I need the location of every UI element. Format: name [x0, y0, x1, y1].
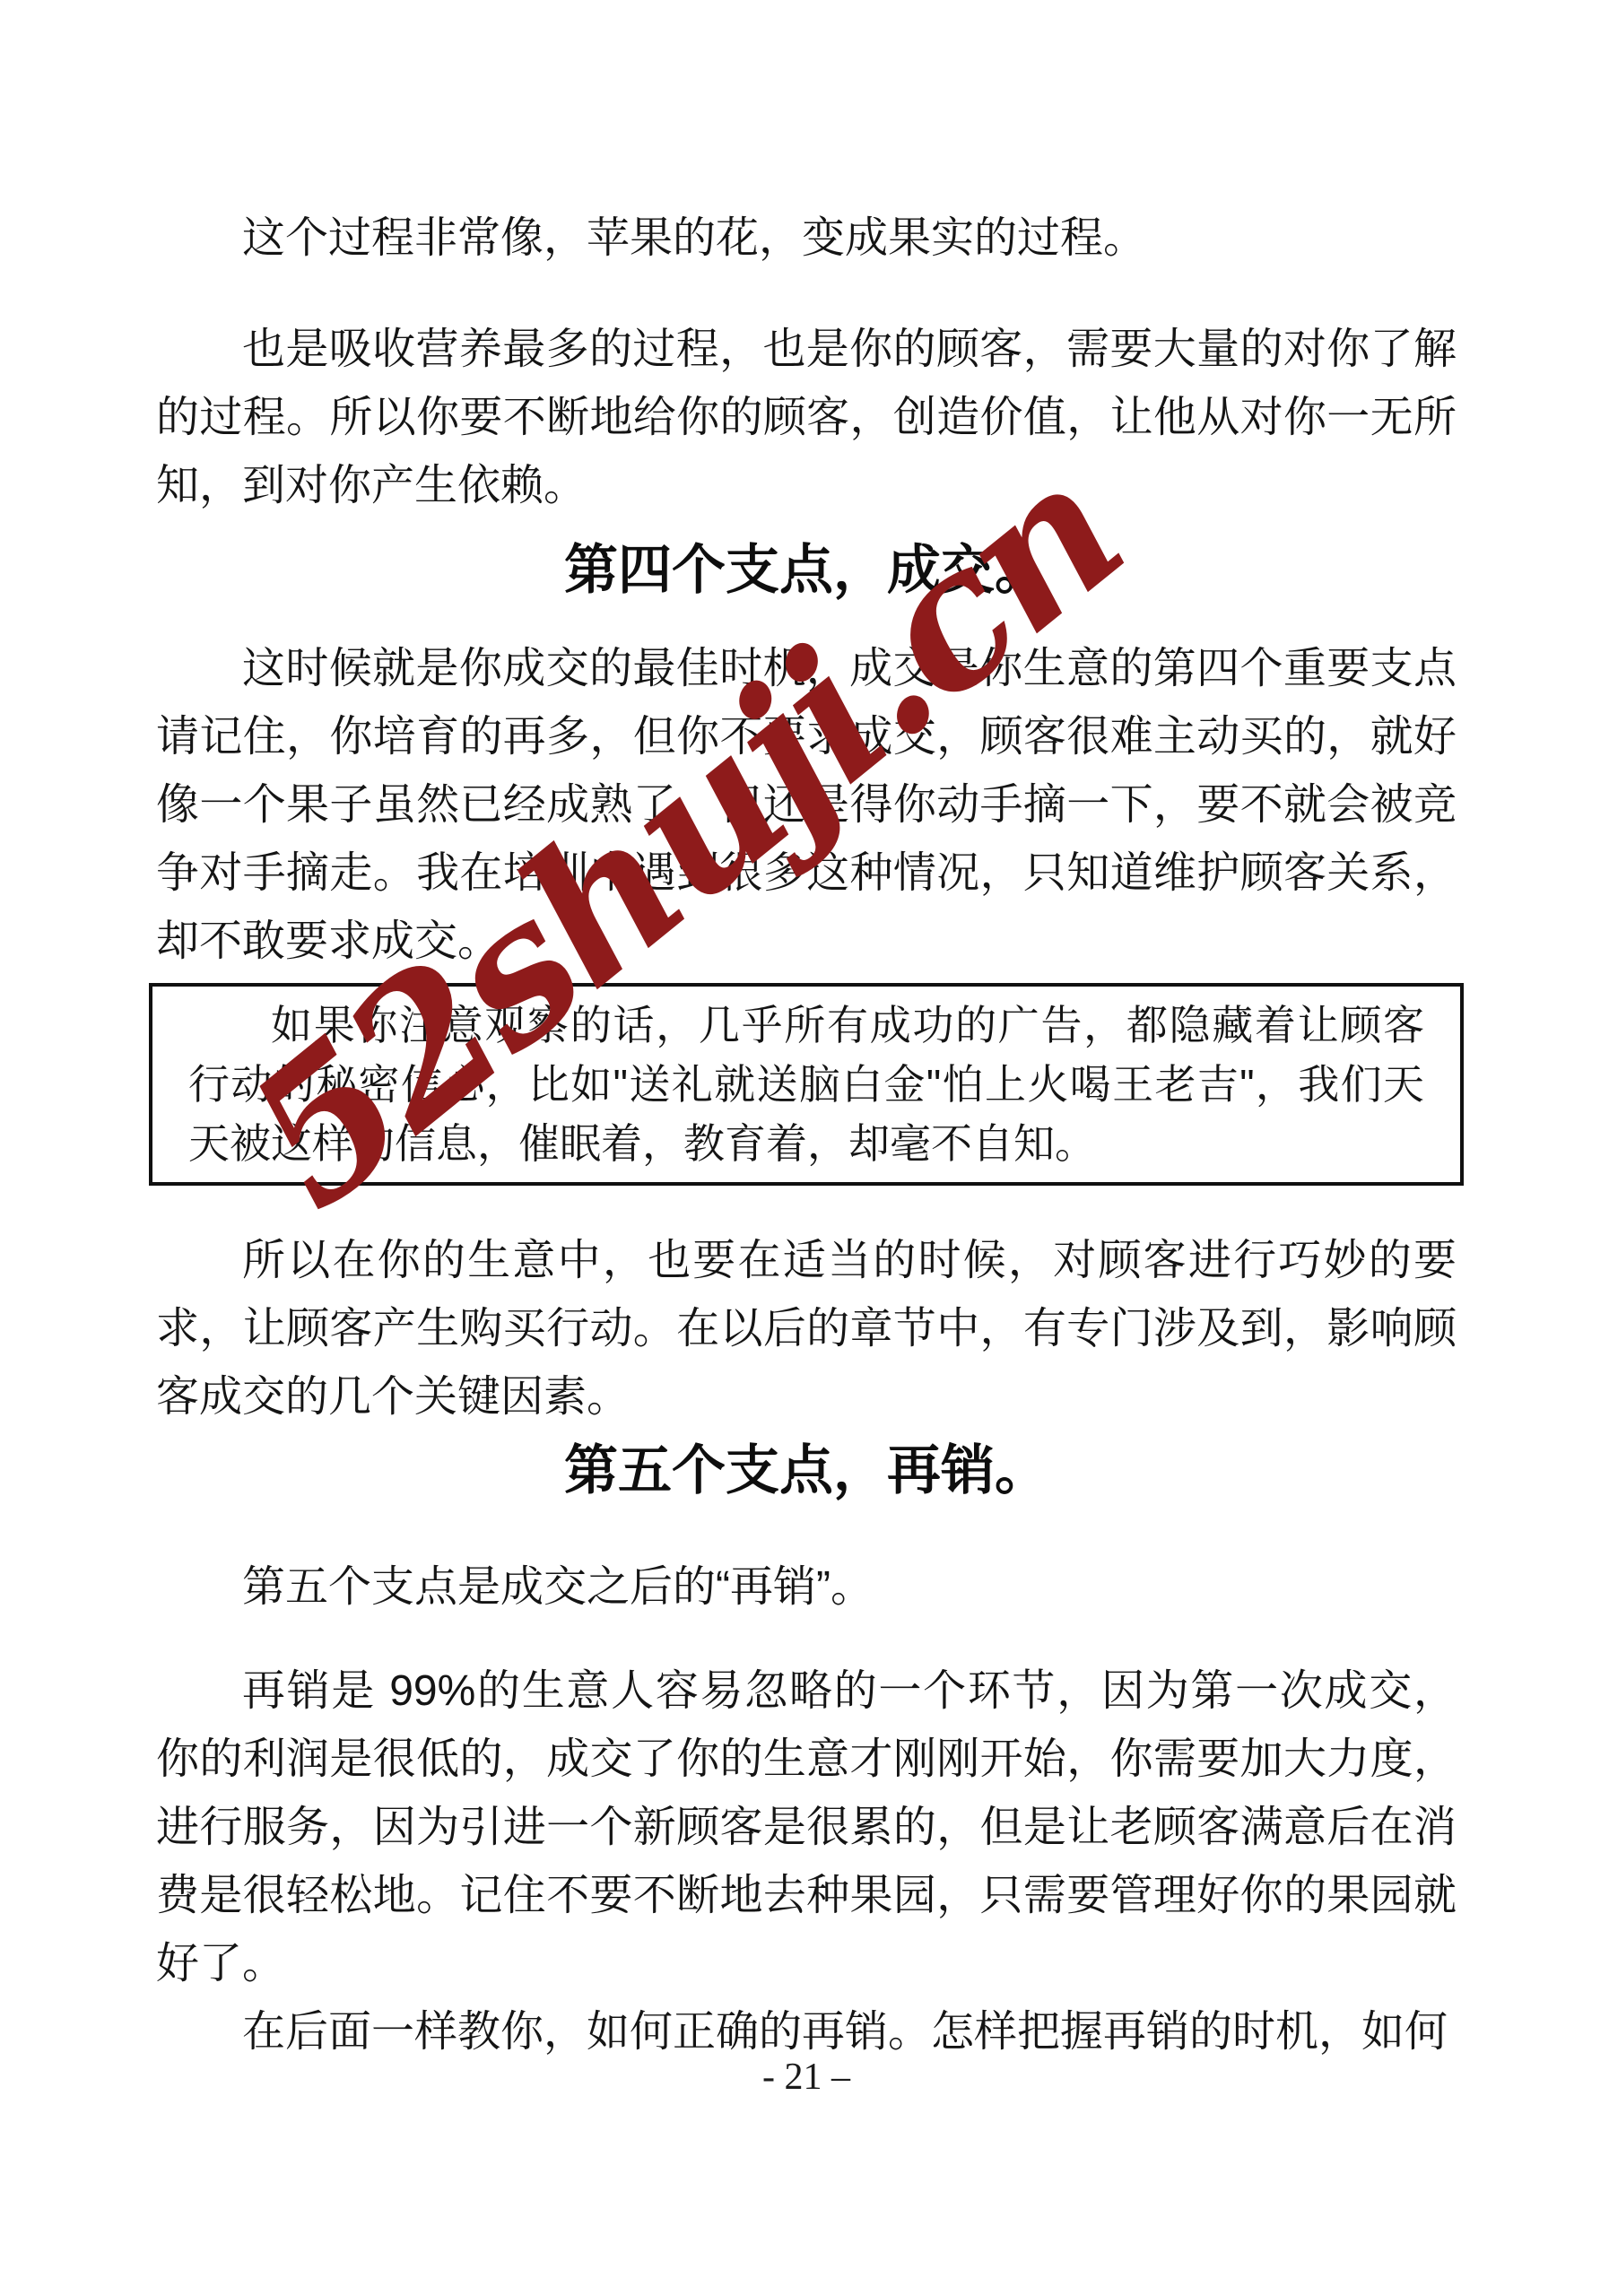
boxed-callout: 如果你注意观察的话，几乎所有成功的广告，都隐藏着让顾客行动的秘密信心，比如"送礼…	[149, 983, 1464, 1186]
boxed-paragraph: 如果你注意观察的话，几乎所有成功的广告，都隐藏着让顾客行动的秘密信心，比如"送礼…	[188, 996, 1424, 1173]
paragraph-5: 第五个支点是成交之后的“再销”。	[156, 1553, 1457, 1622]
paragraph-1: 这个过程非常像，苹果的花，变成果实的过程。	[156, 204, 1457, 273]
paragraph-4: 所以在你的生意中，也要在适当的时候，对顾客进行巧妙的要求，让顾客产生购买行动。在…	[156, 1227, 1457, 1431]
section-heading-fifth-pivot: 第五个支点，再销。	[156, 1428, 1457, 1514]
paragraph-2: 也是吸收营养最多的过程，也是你的顾客，需要大量的对你了解的过程。所以你要不断地给…	[156, 316, 1457, 520]
paragraph-6: 再销是 99%的生意人容易忽略的一个环节，因为第一次成交，你的利润是很低的，成交…	[156, 1657, 1457, 1998]
book-page: 这个过程非常像，苹果的花，变成果实的过程。 也是吸收营养最多的过程，也是你的顾客…	[0, 0, 1609, 2296]
section-heading-fourth-pivot: 第四个支点，成交。	[156, 527, 1457, 613]
page-number: - 21 –	[156, 2056, 1457, 2099]
paragraph-3: 这时候就是你成交的最佳时机，成交是你生意的第四个重要支点请记住，你培育的再多，但…	[156, 635, 1457, 976]
